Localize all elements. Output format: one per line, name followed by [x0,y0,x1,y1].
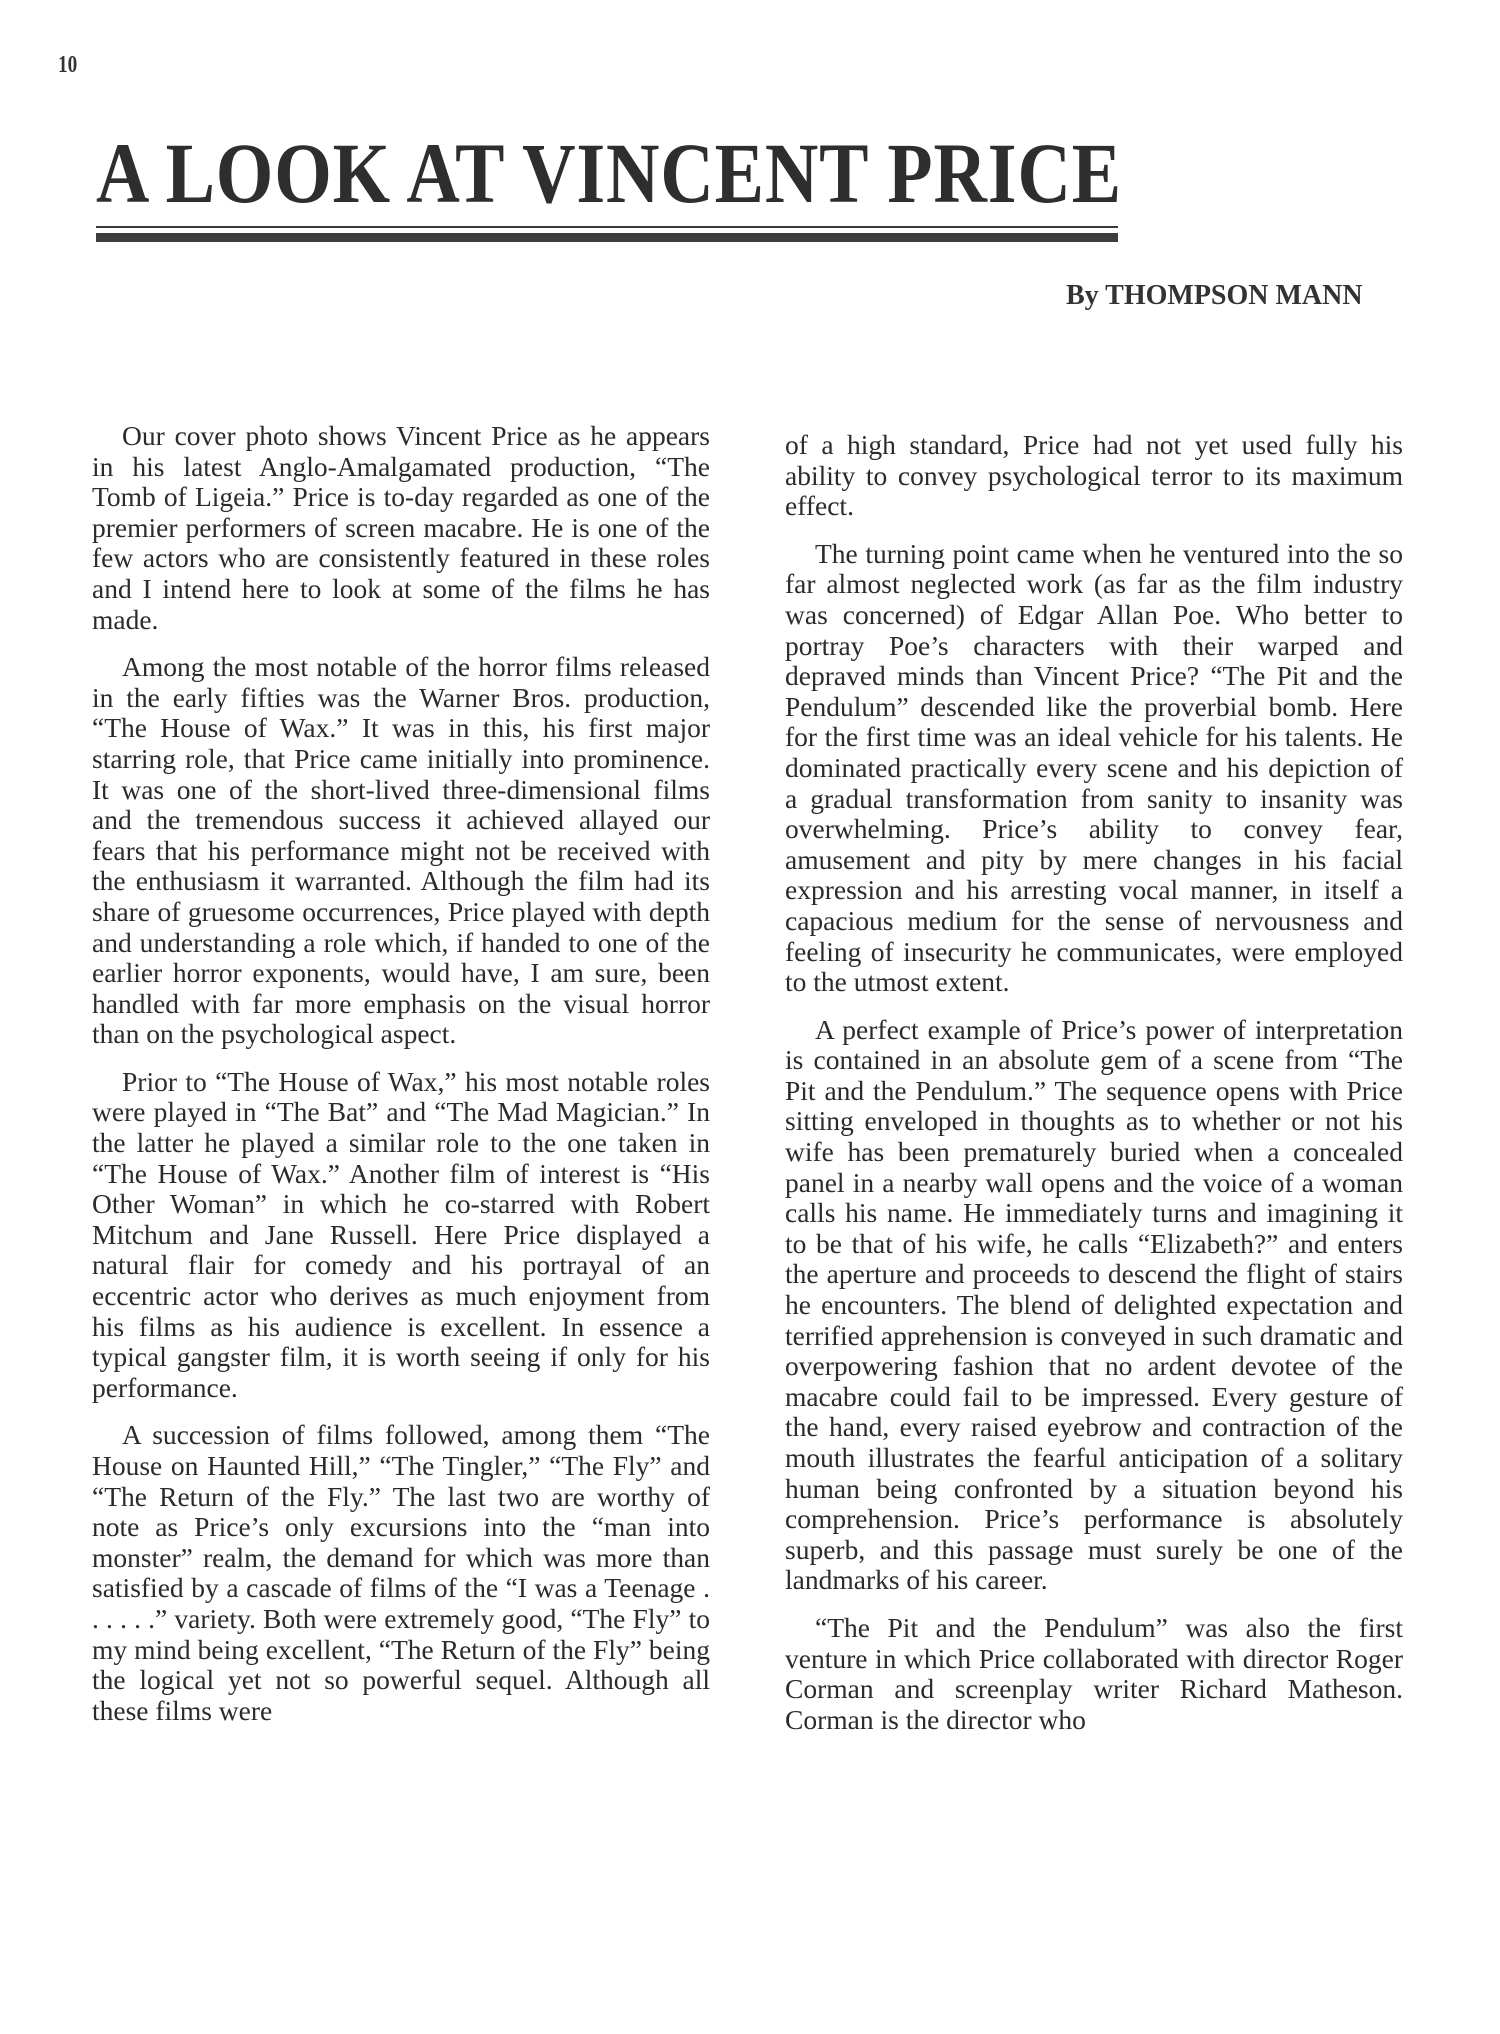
title-rule-thin [96,226,1118,228]
paragraph: “The Pit and the Pendulum” was also the … [785,1613,1403,1735]
byline: By THOMPSON MANN [1066,280,1406,312]
article-title: A LOOK AT VINCENT PRICE [96,128,1122,218]
title-rule-thick [96,233,1118,242]
paragraph: A succession of films followed, among th… [92,1420,710,1726]
paragraph: Our cover photo shows Vincent Price as h… [92,421,710,635]
paragraph-continued: of a high standard, Price had not yet us… [785,430,1403,522]
paragraph: The turning point came when he ventured … [785,539,1403,998]
article-column-right: of a high standard, Price had not yet us… [785,430,1403,1752]
article-title-container: A LOOK AT VINCENT PRICE [96,128,1126,218]
paragraph: A perfect example of Price’s power of in… [785,1015,1403,1596]
article-column-left: Our cover photo shows Vincent Price as h… [92,421,710,1743]
page-number: 10 [58,52,77,79]
paragraph: Among the most notable of the horror fil… [92,652,710,1050]
paragraph: Prior to “The House of Wax,” his most no… [92,1067,710,1404]
